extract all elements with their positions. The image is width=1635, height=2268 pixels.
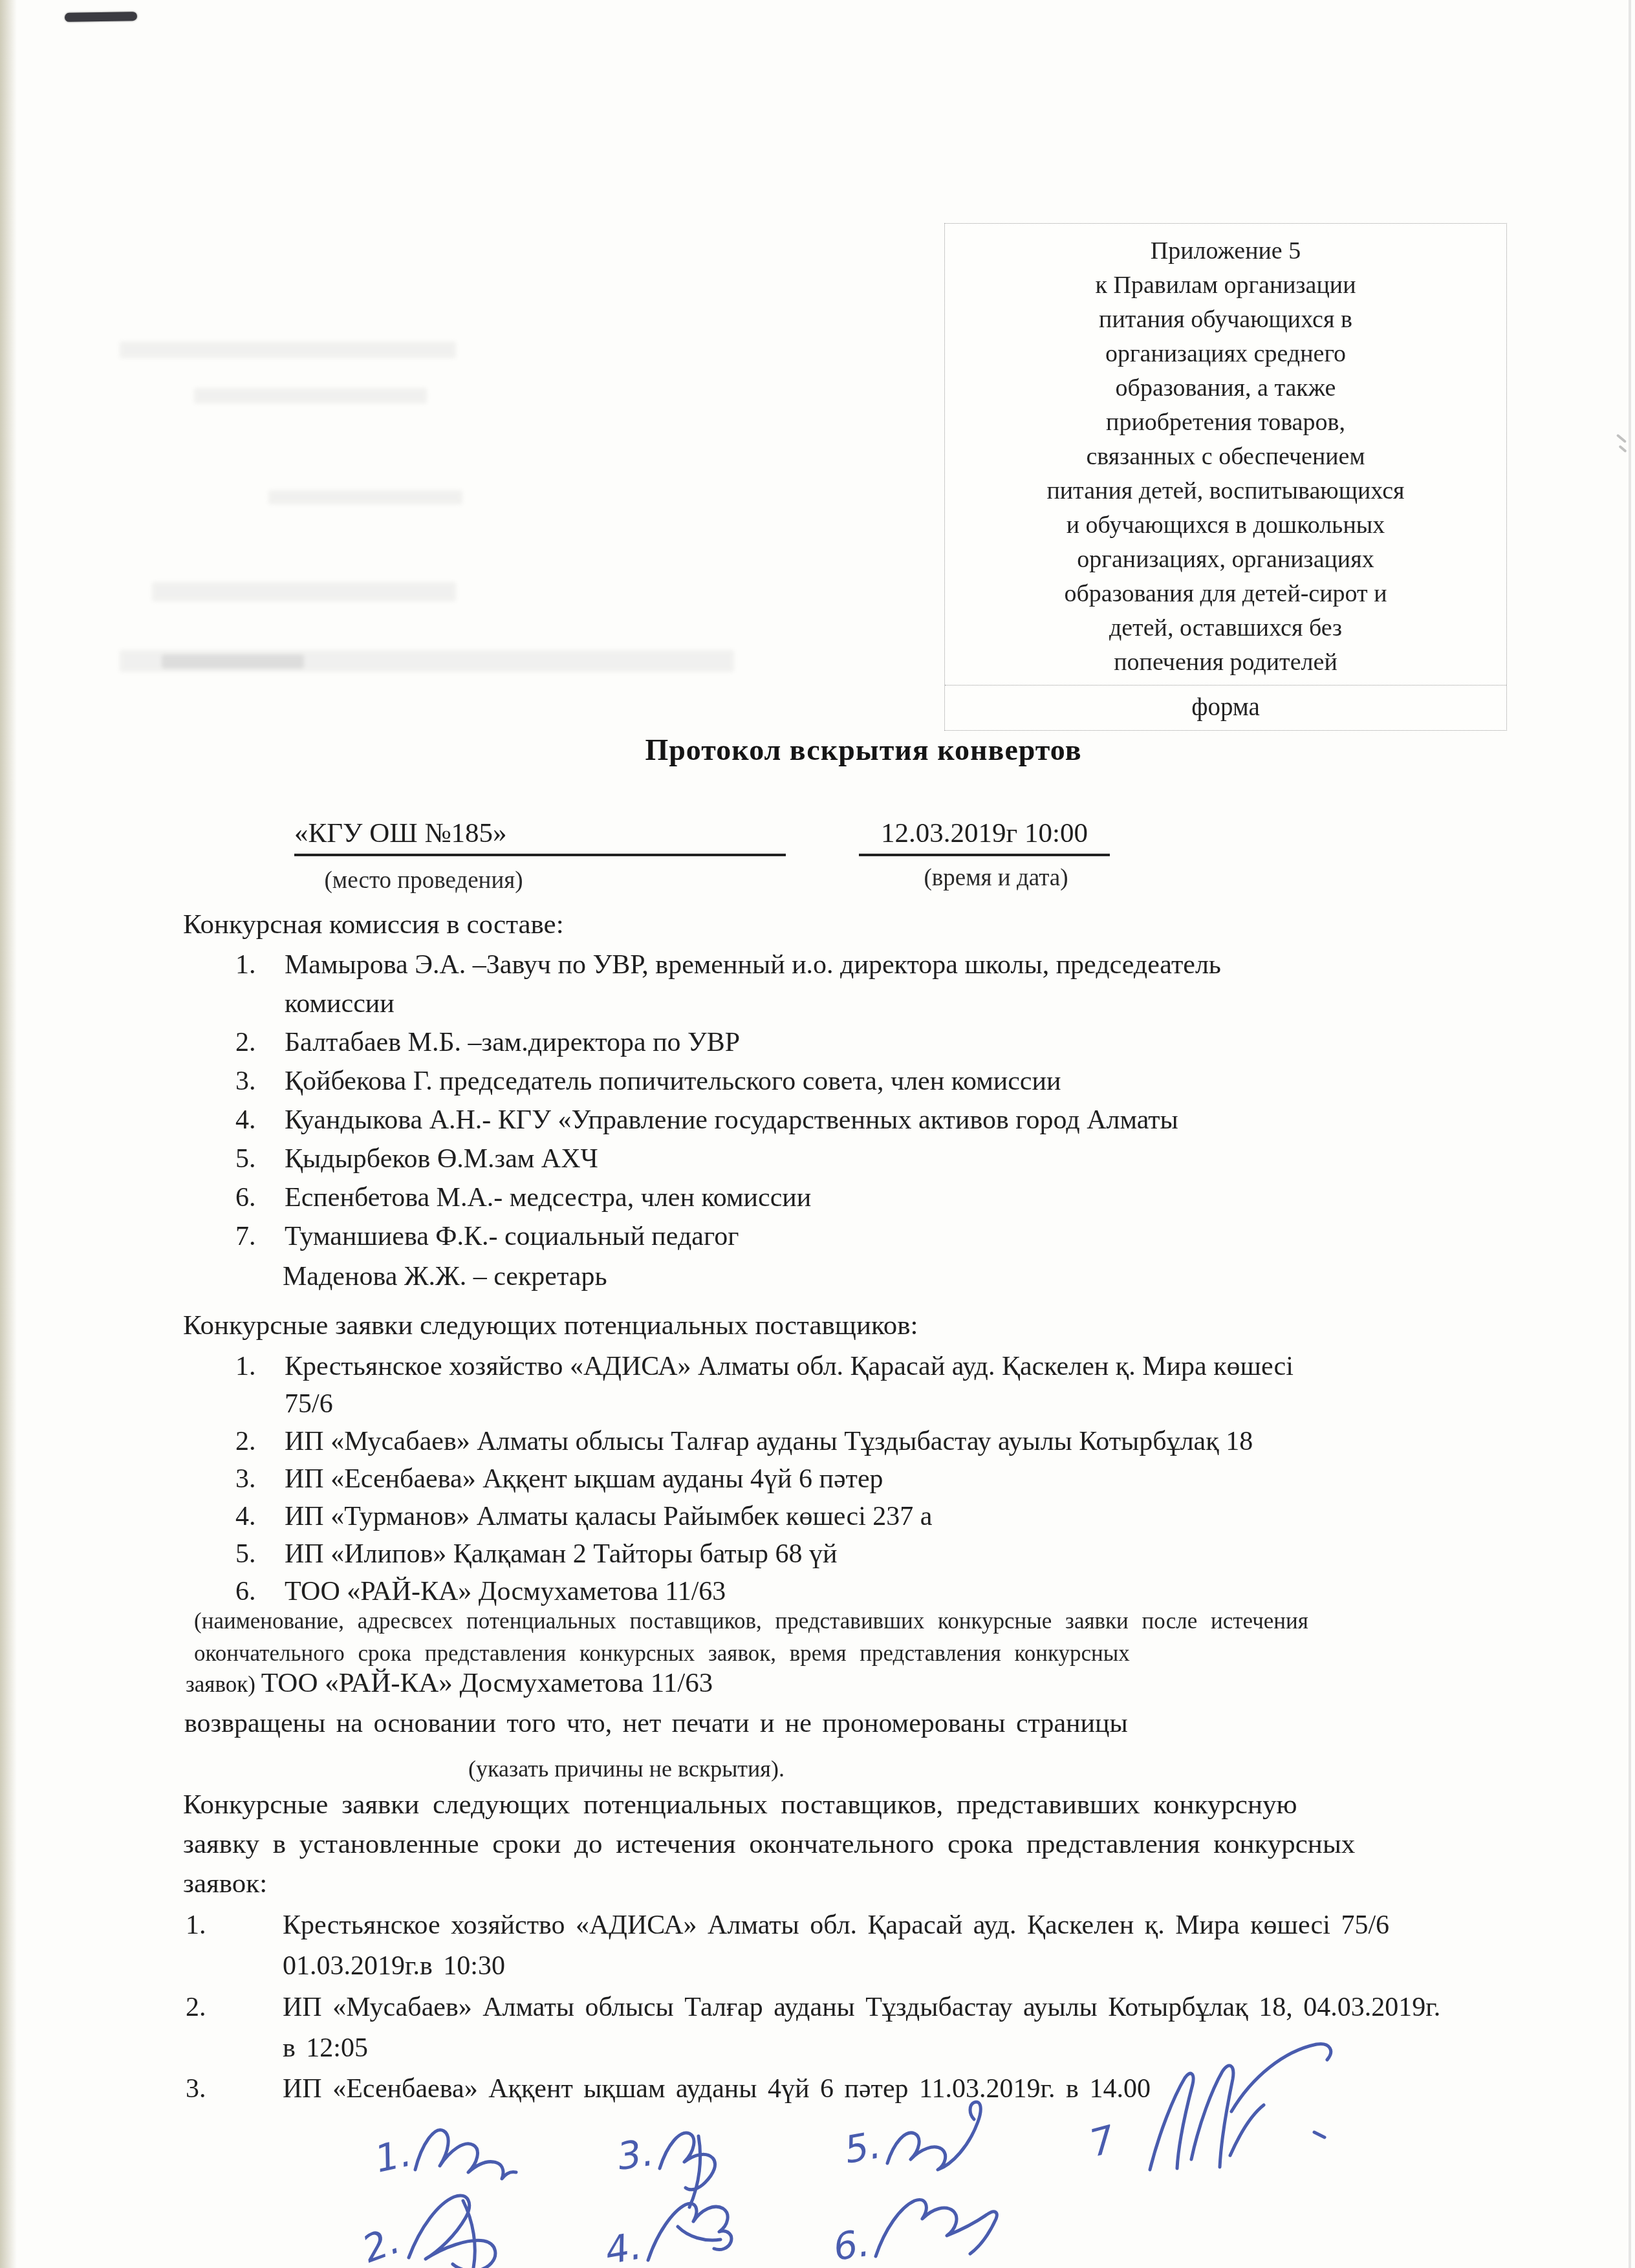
ontime-intro: Конкурсные заявки следующих потенциальны… — [183, 1785, 1535, 1903]
supplier-text: ТОО «РАЙ-КА» Досмухаметова 11/63 — [285, 1577, 726, 1606]
list-item: 5.Қыдырбеков Ө.М.зам АХЧ — [183, 1139, 1532, 1178]
scanner-bar-artifact — [65, 12, 137, 22]
list-item: 6.Еспенбетова М.А.- медсестра, член коми… — [183, 1178, 1532, 1217]
signature-stroke — [876, 2199, 997, 2256]
list-item: 1.Мамырова Э.А. –Завуч по УВР, временный… — [183, 945, 1532, 1023]
entry-text: Крестьянское хозяйство «АДИСА» Алматы об… — [283, 1910, 1389, 1981]
supplier-text: Крестьянское хозяйство «АДИСА» Алматы об… — [285, 1352, 1294, 1419]
signature-stroke — [887, 2102, 980, 2170]
late-bids-smallprint: (наименование, адресвсех потенциальных п… — [194, 1605, 1533, 1670]
signature-5: 5. — [841, 2102, 981, 2172]
member-text: Куандыкова А.Н.- КГУ «Управление государ… — [285, 1105, 1178, 1135]
scan-dash-artifact — [1618, 445, 1627, 453]
signature-stroke — [648, 2203, 731, 2260]
signature-6: 6. — [830, 2199, 997, 2268]
list-item: 2.ИП «Мусабаев» Алматы облысы Талғар ауд… — [183, 1423, 1532, 1460]
list-item: 2.Балтабаев М.Б. –зам.директора по УВР — [183, 1023, 1532, 1062]
item-number: 5. — [183, 1139, 285, 1178]
late-company-line: заявок) ТОО «РАЙ-КА» Досмухаметова 11/63 — [186, 1665, 1524, 1703]
bleed-through-smudge — [194, 388, 427, 404]
document-title: Протокол вскрытия конвертов — [621, 733, 1106, 767]
bleed-through-smudge — [120, 341, 456, 358]
member-text: Туманшиева Ф.К.- социальный педагог — [285, 1222, 739, 1251]
signature-stroke — [409, 2196, 495, 2268]
member-text: Қойбекова Г. председатель попичительског… — [285, 1066, 1061, 1096]
list-item: 3.Қойбекова Г. председатель попичительск… — [183, 1062, 1532, 1101]
scan-left-edge-strip — [0, 0, 17, 2268]
annex-form-label: форма — [945, 685, 1506, 730]
signature-number: 7 — [1085, 2117, 1120, 2165]
supplier-text: ИП «Есенбаева» Аққент ықшам ауданы 4үй 6… — [285, 1464, 883, 1494]
member-text: Қыдырбеков Ө.М.зам АХЧ — [285, 1144, 598, 1174]
signature-number: 3. — [614, 2130, 656, 2179]
datetime-caption: (время и дата) — [899, 864, 1093, 892]
bleed-through-smudge — [152, 582, 456, 601]
item-number: 1. — [183, 1348, 285, 1385]
signature-3: 3. — [614, 2130, 715, 2207]
list-item: 3.ИП «Есенбаева» Аққент ықшам ауданы 4үй… — [183, 1460, 1532, 1498]
bleed-through-smudge — [162, 654, 304, 669]
scan-dash-artifact — [1616, 434, 1627, 444]
signatures-block: 1. 3. 5. 7 2. 4. 6. — [246, 2035, 1410, 2268]
scan-right-edge-line — [1629, 0, 1631, 2268]
list-item: 4.ИП «Турманов» Алматы қаласы Райымбек к… — [183, 1498, 1532, 1535]
returned-reason-line: возвращены на основании того что, нет пе… — [184, 1703, 1543, 1744]
list-item: 5.ИП «Илипов» Қалқаман 2 Тайторы батыр 6… — [183, 1535, 1532, 1573]
entry-number: 1. — [186, 1905, 283, 1946]
annex-reference-box: Приложение 5 к Правилам организации пита… — [944, 223, 1507, 731]
signature-stroke — [1150, 2073, 1193, 2170]
signature-number: 2. — [357, 2218, 406, 2268]
item-number: 1. — [183, 945, 285, 984]
datetime-value: 12.03.2019г 10:00 — [881, 818, 1088, 848]
signature-1: 1. — [371, 2130, 516, 2181]
item-number: 3. — [183, 1460, 285, 1498]
member-text: Мамырова Э.А. –Завуч по УВР, временный и… — [285, 950, 1221, 1019]
venue-value: «КГУ ОШ №185» — [294, 818, 506, 848]
annex-reference-text: Приложение 5 к Правилам организации пита… — [958, 234, 1493, 680]
suppliers-intro: Конкурсные заявки следующих потенциальны… — [183, 1306, 1541, 1345]
item-number: 4. — [183, 1101, 285, 1139]
signature-4: 4. — [602, 2203, 731, 2268]
signature-number: 1. — [371, 2131, 415, 2181]
supplier-list: 1.Крестьянское хозяйство «АДИСА» Алматы … — [183, 1348, 1532, 1610]
item-number: 4. — [183, 1498, 285, 1535]
signature-number: 5. — [841, 2122, 884, 2172]
signature-stroke — [415, 2130, 516, 2179]
bleed-through-smudge — [268, 490, 462, 504]
item-number: 6. — [183, 1178, 285, 1217]
supplier-text: ИП «Мусабаев» Алматы облысы Талғар аудан… — [285, 1427, 1253, 1456]
signature-number: 6. — [830, 2221, 872, 2268]
list-item: 7.Туманшиева Ф.К.- социальный педагог — [183, 1217, 1532, 1256]
item-number: 7. — [183, 1217, 285, 1256]
list-item: 4.Куандыкова А.Н.- КГУ «Управление госуд… — [183, 1101, 1532, 1139]
member-text: Балтабаев М.Б. –зам.директора по УВР — [285, 1028, 740, 1057]
ontime-entry: 1.Крестьянское хозяйство «АДИСА» Алматы … — [186, 1905, 1537, 1987]
item-number: 3. — [183, 1062, 285, 1101]
datetime-field: 12.03.2019г 10:00 — [859, 816, 1110, 856]
late-company: ТОО «РАЙ-КА» Досмухаметова 11/63 — [261, 1668, 713, 1698]
secretary-line: Маденова Ж.Ж. – секретарь — [283, 1257, 607, 1296]
commission-member-list: 1.Мамырова Э.А. –Завуч по УВР, временный… — [183, 945, 1532, 1256]
reason-caption: (указать причины не вскрытия). — [468, 1754, 921, 1784]
commission-intro: Конкурсная комиссия в составе: — [183, 905, 1541, 944]
scanned-document-page: Приложение 5 к Правилам организации пита… — [0, 0, 1635, 2268]
venue-caption: (место проведения) — [294, 867, 553, 894]
item-number: 5. — [183, 1535, 285, 1573]
supplier-text: ИП «Илипов» Қалқаман 2 Тайторы батыр 68 … — [285, 1539, 837, 1569]
signature-flourish — [1231, 2044, 1331, 2111]
smallprint-tail: заявок) — [186, 1672, 255, 1697]
supplier-text: ИП «Турманов» Алматы қаласы Райымбек көш… — [285, 1502, 932, 1531]
signature-stroke — [660, 2133, 715, 2207]
entry-number: 2. — [186, 1987, 283, 2028]
signature-7: 7 — [1085, 2044, 1331, 2170]
signature-dot — [1314, 2132, 1325, 2137]
item-number: 2. — [183, 1423, 285, 1460]
signature-2: 2. — [357, 2196, 495, 2268]
list-item: 1.Крестьянское хозяйство «АДИСА» Алматы … — [183, 1348, 1532, 1423]
item-number: 2. — [183, 1023, 285, 1062]
member-text: Еспенбетова М.А.- медсестра, член комисс… — [285, 1183, 811, 1213]
venue-field: «КГУ ОШ №185» — [294, 816, 786, 856]
signature-number: 4. — [602, 2223, 645, 2268]
